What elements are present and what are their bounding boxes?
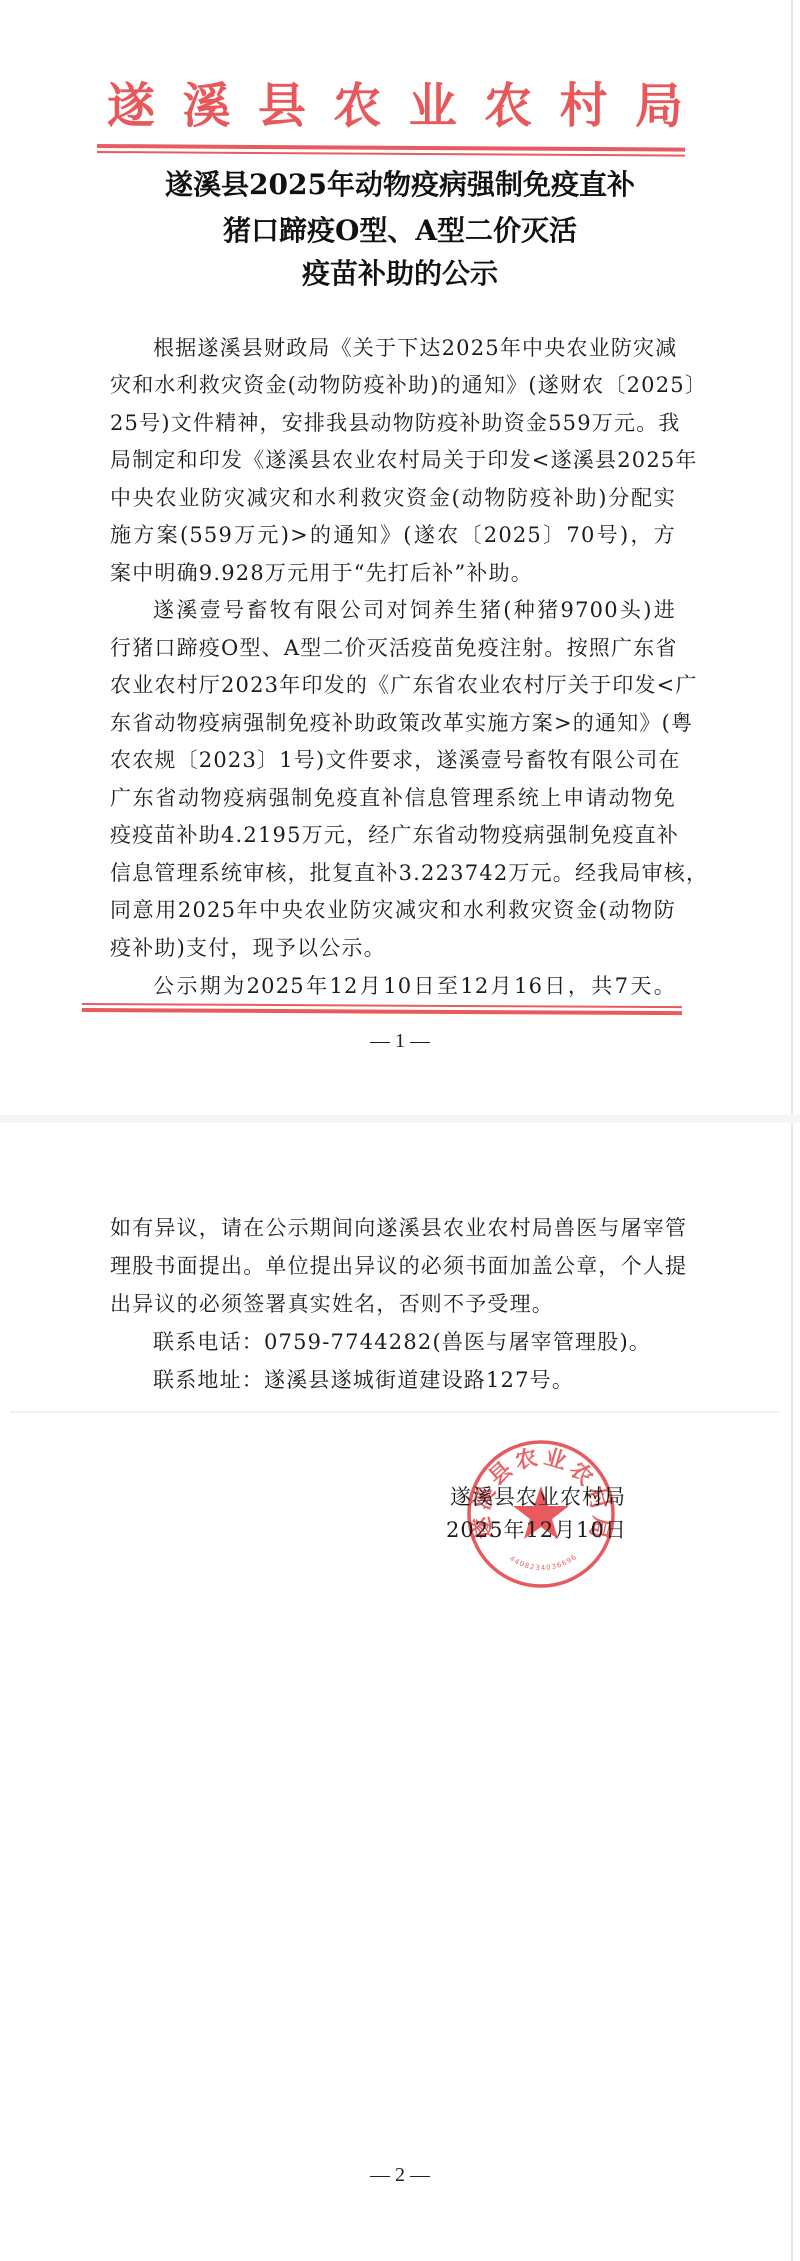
body-line: 案中明确9.928万元用于“先打后补”补助。 <box>110 554 676 592</box>
seal-number: 4408234036696 <box>508 1553 579 1573</box>
document-title-line-2: 猪口蹄疫O型、A型二价灭活 <box>100 209 700 253</box>
body-line: 施方案(559万元)>的通知》(遂农〔2025〕70号)，方 <box>110 516 676 554</box>
org-header-char: 局 <box>633 78 685 134</box>
page-edge <box>791 0 793 1123</box>
body-line: 东省动物疫病强制免疫补助政策改革实施方案>的通知》(粤 <box>110 704 676 742</box>
page-1: 遂 溪 县 农 业 农 村 局 遂溪县2025年动物疫病强制免疫直补 猪口蹄疫O… <box>0 0 800 1123</box>
contact-address-line: 联系地址：遂溪县遂城街道建设路127号。 <box>153 1361 676 1399</box>
body-line: 疫补助)支付，现予以公示。 <box>110 929 676 967</box>
body-line: 广东省动物疫病强制免疫直补信息管理系统上申请动物免 <box>110 779 676 817</box>
publicity-period-line: 公示期为2025年12月10日至12月16日，共7天。 <box>153 967 676 1005</box>
contact-phone-line: 联系电话：0759-7744282(兽医与屠宰管理股)。 <box>153 1323 676 1361</box>
body-line: 中央农业防灾减灾和水利救灾资金(动物防疫补助)分配实 <box>110 479 676 517</box>
page-number: — 1 — <box>0 1030 800 1053</box>
header-divider-thick <box>97 144 685 152</box>
org-header-char: 县 <box>256 78 308 134</box>
body-line: 农农规〔2023〕1号)文件要求，遂溪壹号畜牧有限公司在 <box>110 741 676 779</box>
org-header-char: 村 <box>558 78 610 134</box>
body-line: 农业农村厅2023年印发的《广东省农业农村厅关于印发<广 <box>110 666 676 704</box>
document-title-line-3: 疫苗补助的公示 <box>100 252 700 296</box>
body-line: 出异议的必须签署真实姓名，否则不予受理。 <box>110 1285 676 1323</box>
page-number: — 2 — <box>0 2164 800 2187</box>
body-line: 25号)文件精神，安排我县动物防疫补助资金559万元。我 <box>110 404 676 442</box>
body-line: 灾和水利救灾资金(动物防疫补助)的通知》(遂财农〔2025〕 <box>110 366 676 404</box>
body-line: 理股书面提出。单位提出异议的必须书面加盖公章，个人提 <box>110 1247 676 1285</box>
body-line: 行猪口蹄疫O型、A型二价灭活疫苗免疫注射。按照广东省 <box>110 629 676 667</box>
footer-divider-thick <box>82 1008 682 1015</box>
body-line: 如有异议，请在公示期间向遂溪县农业农村局兽医与屠宰管 <box>110 1209 676 1247</box>
body-line: 同意用2025年中央农业防灾减灾和水利救灾资金(动物防 <box>110 891 676 929</box>
org-header-char: 遂 <box>105 78 157 134</box>
page-separator <box>0 1115 800 1123</box>
signature-org: 遂溪县农业农村局 <box>446 1480 626 1514</box>
org-header-char: 农 <box>331 78 383 134</box>
org-header-char: 业 <box>407 78 459 134</box>
body-line: 遂溪壹号畜牧有限公司对饲养生猪(种猪9700头)进 <box>153 591 676 629</box>
body-line: 信息管理系统审核，批复直补3.223742万元。经我局审核， <box>110 854 676 892</box>
signature-date: 2025年12月10日 <box>446 1513 626 1547</box>
org-header-char: 农 <box>482 78 534 134</box>
header-divider-thin <box>97 151 685 157</box>
body-line: 根据遂溪县财政局《关于下达2025年中央农业防灾减 <box>153 329 676 367</box>
body-line: 局制定和印发《遂溪县农业农村局关于印发<遂溪县2025年 <box>110 441 676 479</box>
faint-scan-line <box>10 1411 780 1413</box>
page-edge <box>791 1123 793 2261</box>
svg-text:4408234036696: 4408234036696 <box>508 1553 579 1573</box>
document-title-line-1: 遂溪县2025年动物疫病强制免疫直补 <box>100 163 700 207</box>
org-header-char: 溪 <box>180 78 232 134</box>
org-header: 遂 溪 县 农 业 农 村 局 <box>105 78 685 134</box>
body-line: 疫疫苗补助4.2195万元，经广东省动物疫病强制免疫直补 <box>110 816 676 854</box>
